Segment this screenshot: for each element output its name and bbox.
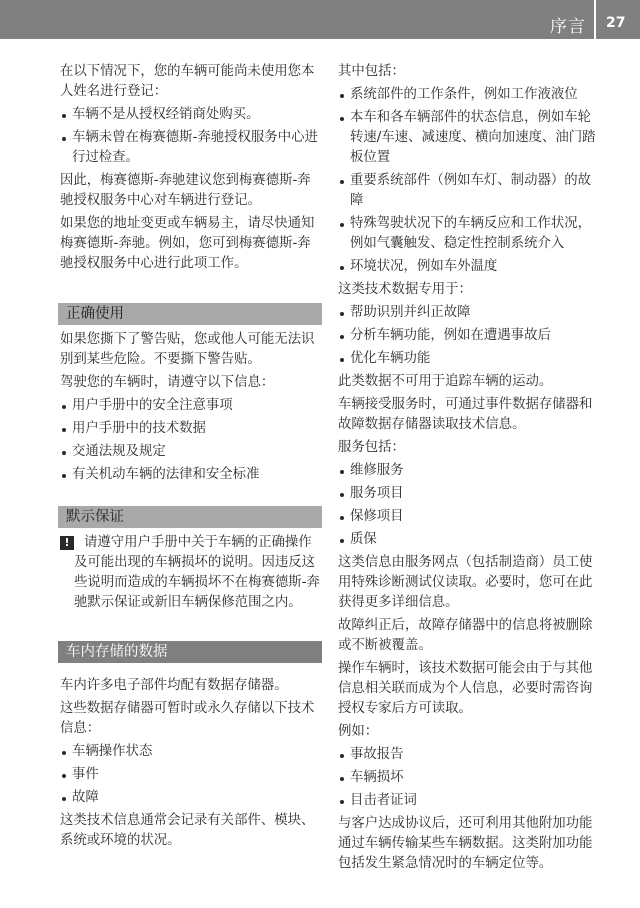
list-item: 特殊驾驶状况下的车辆反应和工作状况，例如气囊触发、稳定性控制系统介入 [338, 214, 600, 254]
list-item: 故障 [60, 788, 322, 808]
list-item: 服务项目 [338, 484, 600, 504]
right-column: 其中包括： 系统部件的工作条件，例如工作液液位 本车和各车辆部件的状态信息，例如… [338, 62, 600, 877]
paragraph: 此类数据不可用于追踪车辆的运动。 [338, 372, 600, 392]
usage-label: 这类技术数据专用于： [338, 280, 600, 300]
intro-paragraph: 在以下情况下，您的车辆可能尚未使用您本人姓名进行登记： [60, 62, 322, 102]
service-label: 服务包括： [338, 438, 600, 458]
list-item: 交通法规及规定 [60, 442, 322, 462]
list-item: 系统部件的工作条件，例如工作液液位 [338, 85, 600, 105]
section-heading-warranty: 默示保证 [58, 506, 322, 528]
proper-use-list: 用户手册中的安全注意事项 用户手册中的技术数据 交通法规及规定 有关机动车辆的法… [60, 396, 322, 485]
list-item: 维修服务 [338, 461, 600, 481]
list-item: 车辆不是从授权经销商处购买。 [60, 105, 322, 125]
service-list: 维修服务 服务项目 保修项目 质保 [338, 461, 600, 550]
list-item: 本车和各车辆部件的状态信息，例如车轮转速/车速、减速度、横向加速度、油门踏板位置 [338, 108, 600, 168]
page-number: 27 [606, 15, 625, 31]
list-item: 保修项目 [338, 507, 600, 527]
example-label: 例如： [338, 722, 600, 742]
list-item: 环境状况，例如车外温度 [338, 257, 600, 277]
paragraph: 车辆接受服务时，可通过事件数据存储器和故障数据存储器读取技术信息。 [338, 395, 600, 435]
list-item: 用户手册中的安全注意事项 [60, 396, 322, 416]
list-item: 车辆损坏 [338, 768, 600, 788]
list-item: 目击者证词 [338, 791, 600, 811]
list-item: 用户手册中的技术数据 [60, 419, 322, 439]
example-list: 事故报告 车辆损坏 目击者证词 [338, 745, 600, 811]
warning-icon: ! [60, 536, 74, 550]
registration-list: 车辆不是从授权经销商处购买。 车辆未曾在梅赛德斯-奔驰授权服务中心进行过检查。 [60, 105, 322, 168]
paragraph: 如果您撕下了警告贴，您或他人可能无法识别到某些危险。不要撕下警告贴。 [60, 330, 322, 370]
list-item: 车辆未曾在梅赛德斯-奔驰授权服务中心进行过检查。 [60, 128, 322, 168]
paragraph: 这类技术信息通常会记录有关部件、模块、系统或环境的状况。 [60, 811, 322, 851]
header-divider [594, 0, 596, 39]
page-header: 序言 27 [0, 0, 640, 39]
list-item: 事件 [60, 765, 322, 785]
chapter-title: 序言 [550, 12, 586, 37]
includes-label: 其中包括： [338, 62, 600, 82]
list-item: 有关机动车辆的法律和安全标准 [60, 465, 322, 485]
list-item: 分析车辆功能，例如在遭遇事故后 [338, 326, 600, 346]
paragraph: 如果您的地址变更或车辆易主，请尽快通知梅赛德斯-奔驰。例如，您可到梅赛德斯-奔驰… [60, 214, 322, 274]
paragraph: 因此，梅赛德斯-奔驰建议您到梅赛德斯-奔驰授权服务中心对车辆进行登记。 [60, 171, 322, 211]
list-item: 帮助识别并纠正故障 [338, 303, 600, 323]
left-column: 在以下情况下，您的车辆可能尚未使用您本人姓名进行登记： 车辆不是从授权经销商处购… [60, 62, 322, 854]
paragraph: 驾驶您的车辆时，请遵守以下信息： [60, 373, 322, 393]
stored-data-list: 车辆操作状态 事件 故障 [60, 742, 322, 808]
list-item: 质保 [338, 530, 600, 550]
paragraph: 这类信息由服务网点（包括制造商）员工使用特殊诊断测试仪读取。必要时，您可在此获得… [338, 553, 600, 613]
list-item: 优化车辆功能 [338, 349, 600, 369]
paragraph: 这些数据存储器可暂时或永久存储以下技术信息： [60, 699, 322, 739]
paragraph: 操作车辆时，该技术数据可能会由于与其他信息相关联而成为个人信息，必要时需咨询授权… [338, 659, 600, 719]
includes-list: 系统部件的工作条件，例如工作液液位 本车和各车辆部件的状态信息，例如车轮转速/车… [338, 85, 600, 277]
section-heading-proper-use: 正确使用 [58, 303, 322, 325]
list-item: 重要系统部件（例如车灯、制动器）的故障 [338, 171, 600, 211]
paragraph: 与客户达成协议后，还可利用其他附加功能通过车辆传输某些车辆数据。这类附加功能包括… [338, 814, 600, 874]
usage-list: 帮助识别并纠正故障 分析车辆功能，例如在遭遇事故后 优化车辆功能 [338, 303, 600, 369]
paragraph: 车内许多电子部件均配有数据存储器。 [60, 676, 322, 696]
list-item: 事故报告 [338, 745, 600, 765]
list-item: 车辆操作状态 [60, 742, 322, 762]
warning-note: ! 请遵守用户手册中关于车辆的正确操作及可能出现的车辆损坏的说明。因违反这些说明… [60, 533, 322, 613]
paragraph: 故障纠正后，故障存储器中的信息将被删除或不断被覆盖。 [338, 616, 600, 656]
section-heading-stored-data: 车内存储的数据 [58, 641, 322, 663]
warning-text: 请遵守用户手册中关于车辆的正确操作及可能出现的车辆损坏的说明。因违反这些说明而造… [74, 533, 322, 613]
